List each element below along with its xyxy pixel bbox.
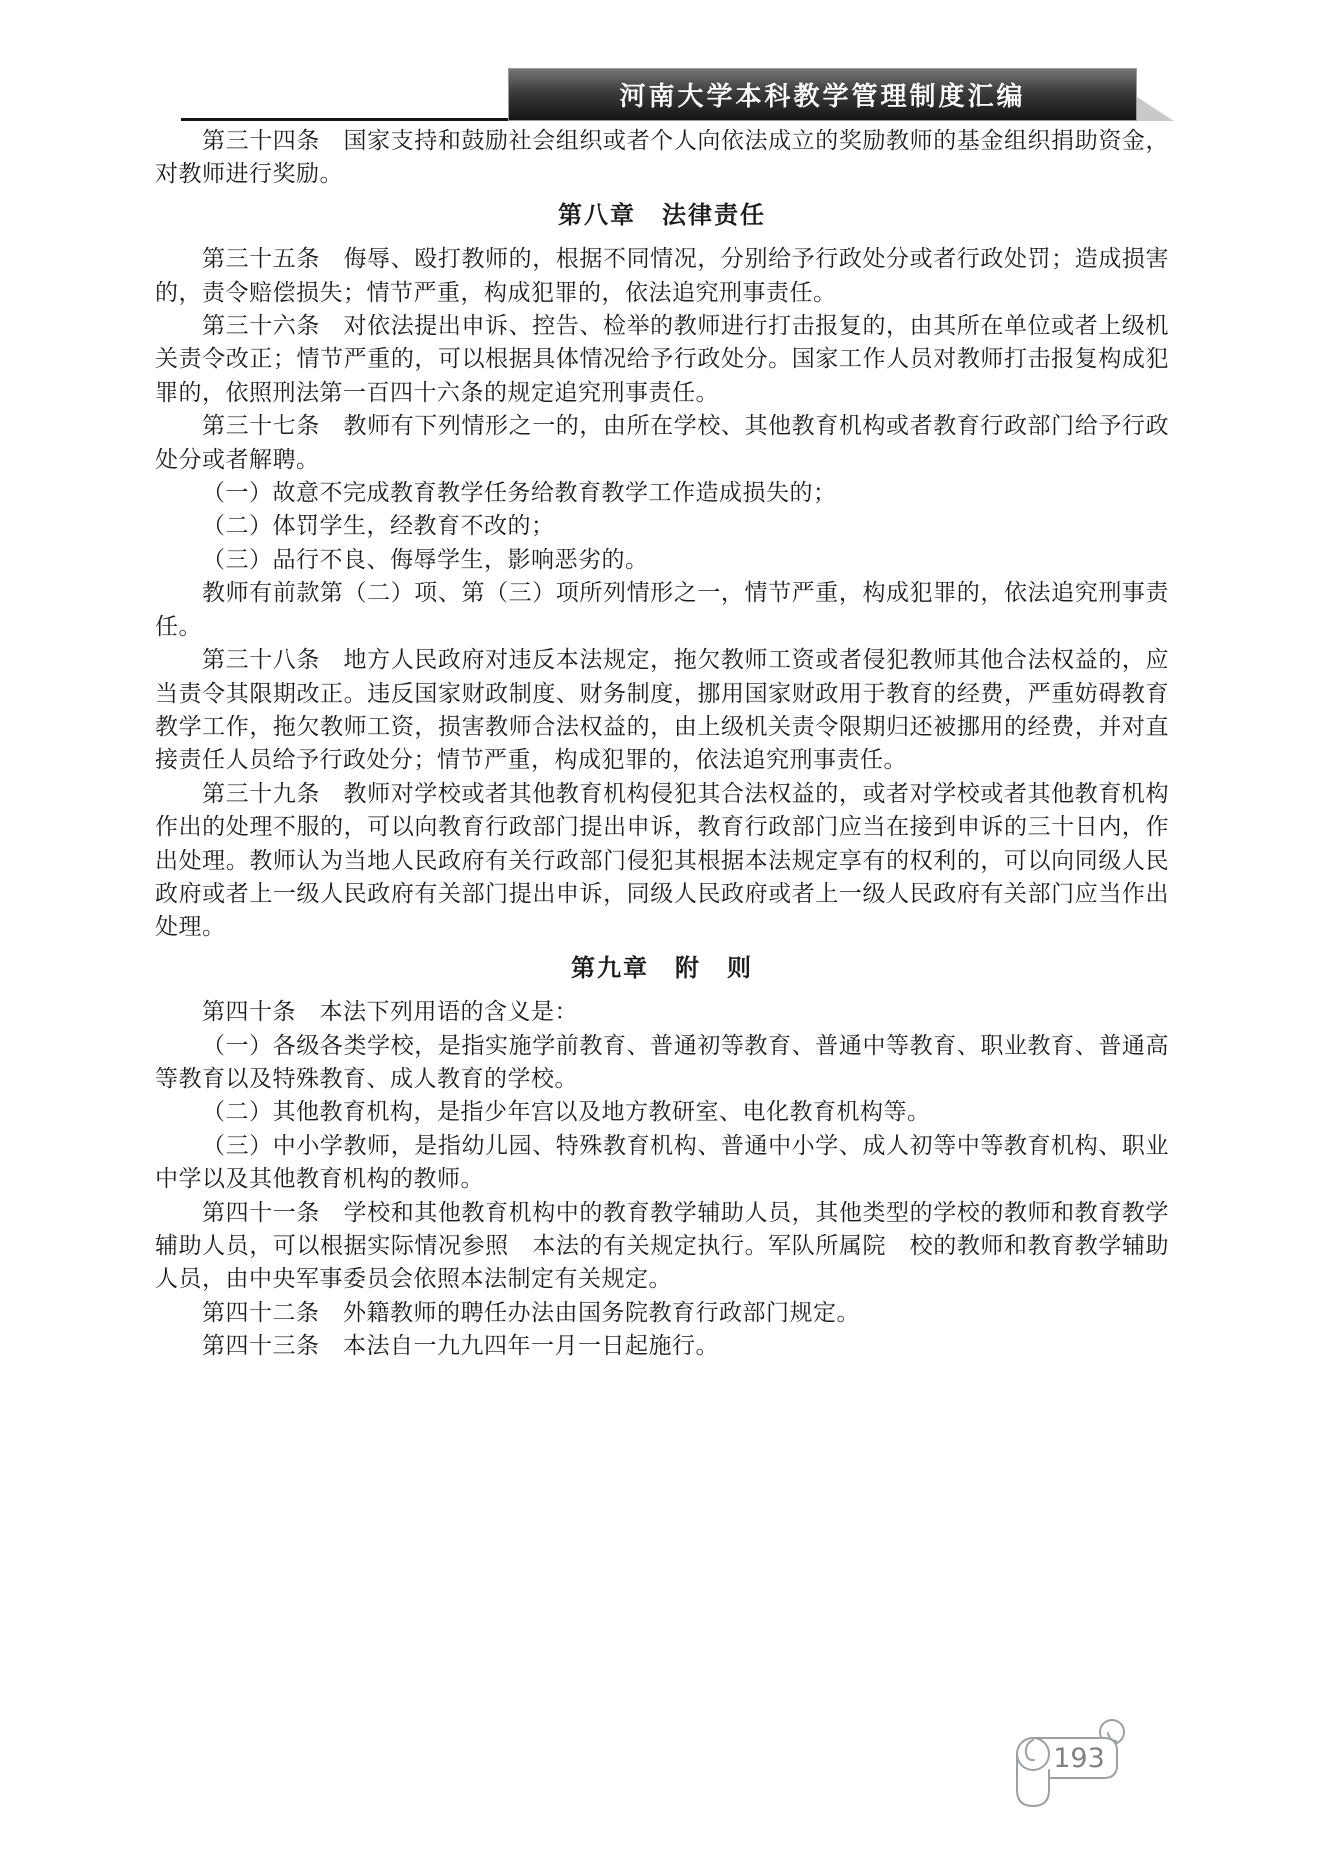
paragraph: 第三十九条 教师对学校或者其他教育机构侵犯其合法权益的，或者对学校或者其他教育机… (155, 777, 1169, 944)
paragraph: 教师有前款第（二）项、第（三）项所列情形之一，情节严重，构成犯罪的，依法追究刑事… (155, 576, 1169, 643)
paragraph: 第四十二条 外籍教师的聘任办法由国务院教育行政部门规定。 (155, 1296, 1169, 1329)
paragraph: 第四十条 本法下列用语的含义是： (155, 995, 1169, 1028)
paragraph: （三）品行不良、侮辱学生，影响恶劣的。 (155, 543, 1169, 576)
paragraph: 第三十七条 教师有下列情形之一的，由所在学校、其他教育机构或者教育行政部门给予行… (155, 409, 1169, 476)
document-page: 河南大学本科教学管理制度汇编 第三十四条 国家支持和鼓励社会组织或者个人向依法成… (0, 0, 1323, 1871)
document-body: 第三十四条 国家支持和鼓励社会组织或者个人向依法成立的奖励教师的基金组织捐助资金… (155, 124, 1169, 1363)
banner-title: 河南大学本科教学管理制度汇编 (619, 76, 1025, 113)
banner-corner-arrow-icon (1137, 97, 1174, 121)
paragraph: （二）其他教育机构，是指少年宫以及地方教研室、电化教育机构等。 (155, 1095, 1169, 1128)
paragraph: 第三十六条 对依法提出申诉、控告、检举的教师进行打击报复的，由其所在单位或者上级… (155, 309, 1169, 409)
paragraph: （二）体罚学生，经教育不改的； (155, 509, 1169, 542)
paragraph: （一）各级各类学校，是指实施学前教育、普通初等教育、普通中等教育、职业教育、普通… (155, 1029, 1169, 1096)
paragraph: 第三十五条 侮辱、殴打教师的，根据不同情况，分别给予行政处分或者行政处罚；造成损… (155, 242, 1169, 309)
paragraph: （一）故意不完成教育教学任务给教育教学工作造成损失的； (155, 476, 1169, 509)
paragraph: （三）中小学教师，是指幼儿园、特殊教育机构、普通中小学、成人初等中等教育机构、职… (155, 1129, 1169, 1196)
page-number: 193 (1053, 1743, 1105, 1774)
chapter-heading: 第八章 法律责任 (155, 199, 1169, 232)
paragraph: 第三十四条 国家支持和鼓励社会组织或者个人向依法成立的奖励教师的基金组织捐助资金… (155, 124, 1169, 191)
paragraph: 第四十一条 学校和其他教育机构中的教育教学辅助人员，其他类型的学校的教师和教育教… (155, 1196, 1169, 1296)
chapter-heading: 第九章 附 则 (155, 952, 1169, 985)
page-number-scroll-icon: 193 (1005, 1712, 1137, 1812)
header-banner: 河南大学本科教学管理制度汇编 (508, 68, 1137, 121)
paragraph: 第四十三条 本法自一九九四年一月一日起施行。 (155, 1329, 1169, 1362)
paragraph: 第三十八条 地方人民政府对违反本法规定，拖欠教师工资或者侵犯教师其他合法权益的，… (155, 643, 1169, 777)
